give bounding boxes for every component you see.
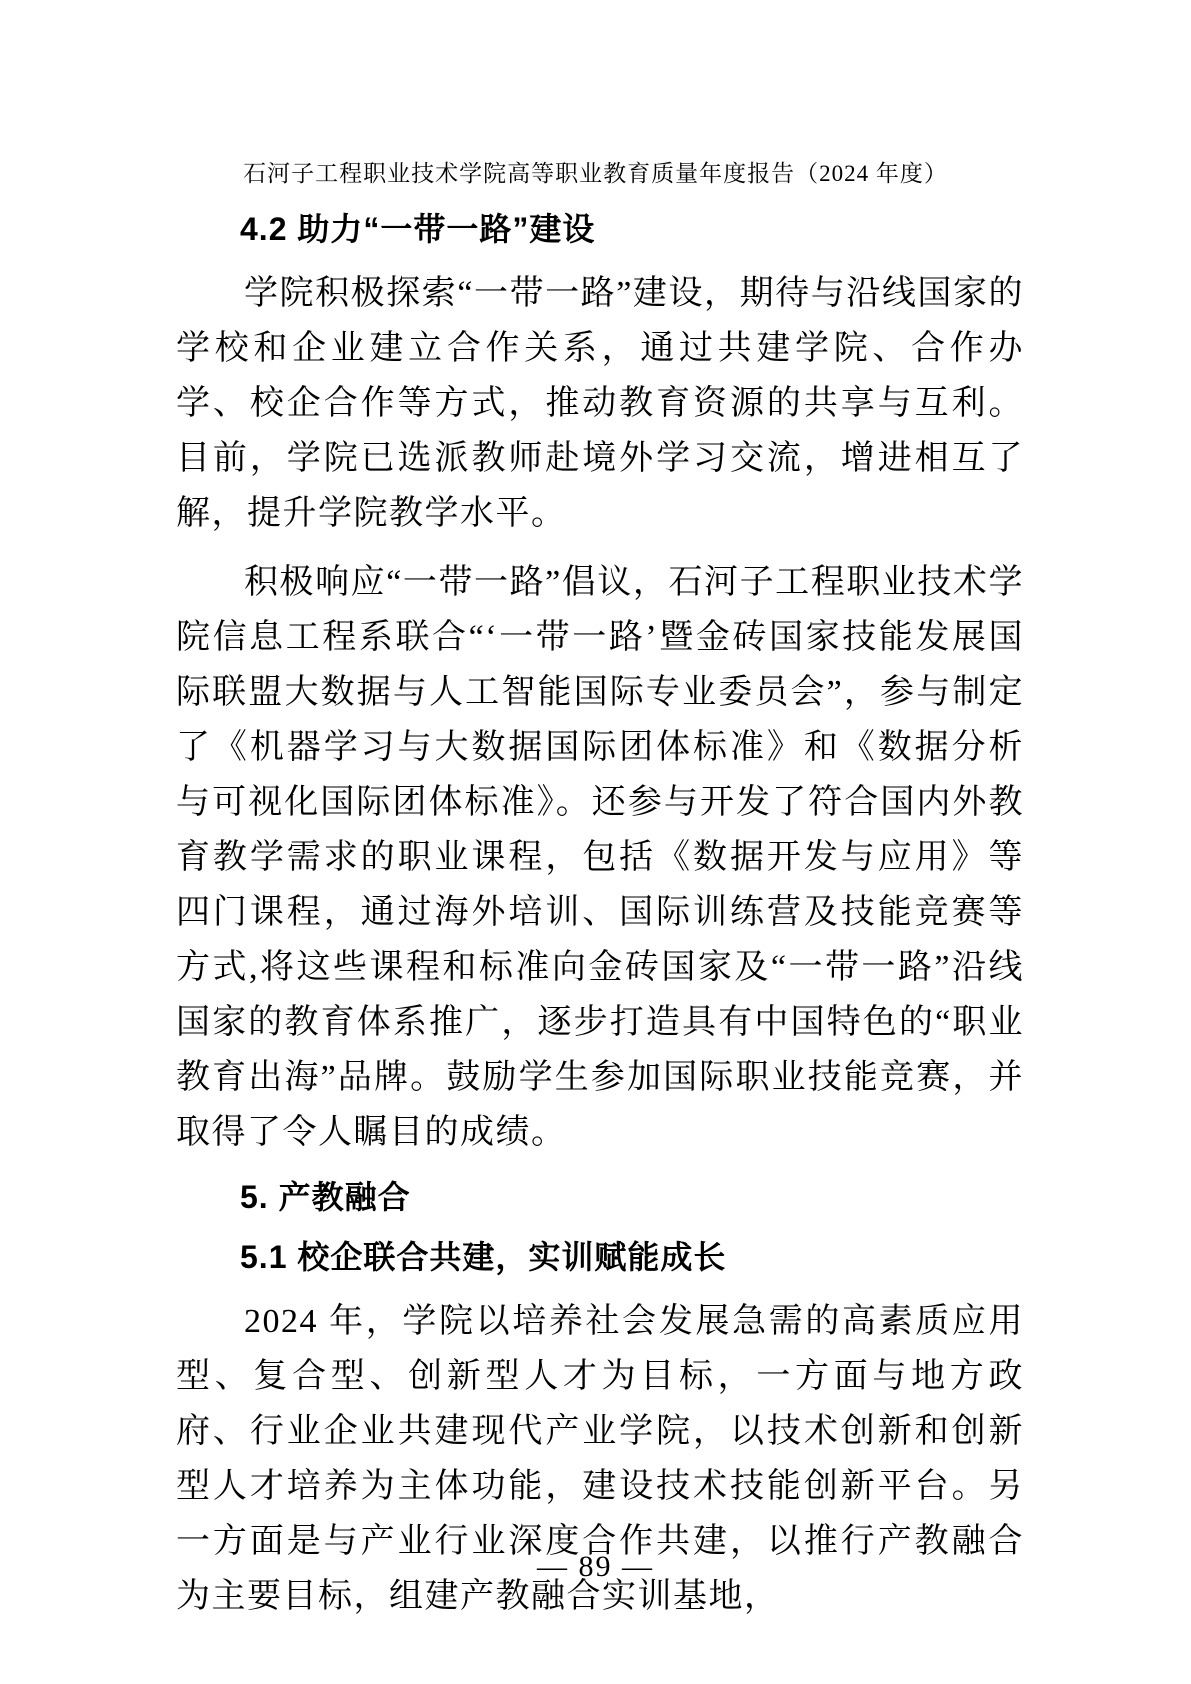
running-header: 石河子工程职业技术学院高等职业教育质量年度报告（2024 年度） [0,0,1191,190]
section-heading-5: 5. 产教融合 [176,1174,1024,1220]
paragraph-belt-road-intro: 学院积极探索“一带一路”建设，期待与沿线国家的学校和企业建立合作关系，通过共建学… [176,266,1024,541]
section-heading-5-1: 5.1 校企联合共建，实训赋能成长 [176,1234,1024,1280]
paragraph-belt-road-initiative: 积极响应“一带一路”倡议，石河子工程职业技术学院信息工程系联合“‘一带一路’暨金… [176,555,1024,1160]
document-page: 石河子工程职业技术学院高等职业教育质量年度报告（2024 年度） 4.2 助力“… [0,0,1191,1684]
page-number: — 89 — [0,1550,1191,1584]
section-heading-4-2: 4.2 助力“一带一路”建设 [176,206,1024,252]
page-content: 4.2 助力“一带一路”建设 学院积极探索“一带一路”建设，期待与沿线国家的学校… [176,206,1024,1624]
